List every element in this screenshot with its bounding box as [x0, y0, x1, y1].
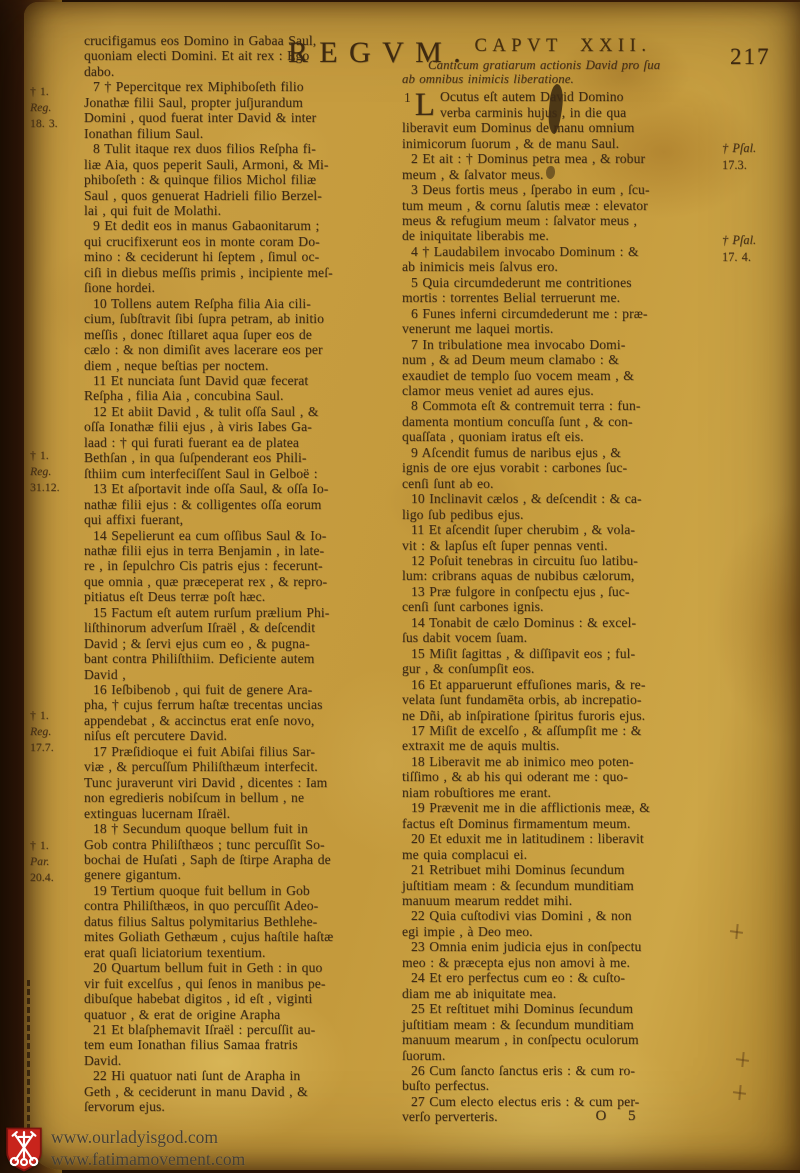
text-line: cenſi ſunt ab eo. — [402, 476, 724, 491]
text-line: que omnia , quæ præceperat rex , & repro… — [84, 574, 392, 589]
margin-note-line: 31.12. — [30, 480, 86, 496]
text-line: 13 Præ fulgore in conſpectu ejus , ſuc- — [402, 584, 724, 599]
verse-text: 1L Ocutus eſt autem David Dominoverba ca… — [402, 89, 724, 1124]
text-line: qui affixi fuerant, — [84, 512, 392, 527]
watermark-text: www.ourladyisgod.com www.fatimamovement.… — [51, 1127, 245, 1170]
margin-note-line: Reg. — [30, 724, 86, 740]
margin-note-line: † 1. — [30, 708, 86, 724]
text-line: 6 Funes inferni circumdederunt me : præ- — [402, 306, 724, 321]
text-line: 23 Omnia enim judicia ejus in conſpectu — [402, 939, 724, 954]
margin-note-line: † Pſal. — [722, 232, 794, 249]
text-line: erat quaſi liciatorium texentium. — [84, 945, 392, 960]
margin-note-line: 20.4. — [30, 870, 86, 886]
text-line: gur , & conſumpſit eos. — [402, 661, 724, 676]
text-line: 19 Tertium quoque fuit bellum in Gob — [84, 883, 392, 898]
pencil-cross-mark — [730, 924, 743, 939]
text-line: ne Dñi, ab inſpiratione ſpiritus furoris… — [402, 708, 724, 723]
text-line: 20 Quartum bellum fuit in Geth : in quo — [84, 960, 392, 975]
text-line: 24 Et ero perfectus cum eo : & cuſto- — [402, 970, 724, 985]
text-line: quoniam electi Domini. Et ait rex : Ego — [84, 48, 392, 63]
text-line: pha, † cujus ferrum haſtæ trecentas unci… — [84, 697, 392, 712]
text-line: Geth , & ceciderunt in manu David , & — [84, 1084, 392, 1099]
right-column: CAPVT XXII. Canticum gratiarum actionis … — [402, 36, 724, 1125]
page-number: 217 — [730, 44, 771, 70]
text-line: liſthinorum adverſum Iſraël , & deſcendi… — [84, 620, 392, 635]
text-line: de iniquitate liberabis me. — [402, 228, 724, 243]
margin-note-psal-17-4: † Pſal.17. 4. — [722, 232, 794, 266]
text-line: 25 Et reſtituet mihi Dominus ſecundum — [402, 1001, 724, 1016]
text-line: contra Philiſthæos, in quo percuſſit Ade… — [84, 898, 392, 913]
text-line: nathæ filii ejus in terra Benjamin , in … — [84, 543, 392, 558]
text-line: Jonathæ filii Saul, propter juſjurandum — [84, 95, 392, 110]
chapter-heading: CAPVT XXII. — [402, 36, 724, 57]
text-line: David , — [84, 667, 392, 682]
text-line: 2 Et ait : † Dominus petra mea , & robur — [402, 151, 724, 166]
text-line: meus & refugium meum : ſalvator meus , — [402, 213, 724, 228]
margin-note-line: † 1. — [30, 448, 86, 464]
text-line: 18 † Secundum quoque bellum fuit in — [84, 821, 392, 836]
margin-note-line: 18. 3. — [30, 116, 86, 132]
text-line: 14 Tonabit de cælo Dominus : & excel- — [402, 615, 724, 630]
text-line: Domini , quod fuerat inter David & inter — [84, 110, 392, 125]
margin-note-line: 17. 4. — [722, 249, 794, 266]
text-line: ligo ſub pedibus ejus. — [402, 507, 724, 522]
page-content: REGVM. 217 crucifigamus eos Domino in Ga… — [0, 0, 800, 1173]
text-line: 22 Hi quatuor nati ſunt de Arapha in — [84, 1068, 392, 1083]
margin-note-line: † 1. — [30, 84, 86, 100]
text-line: inimicorum ſuorum , & de manu Saul. — [402, 136, 724, 151]
text-line: 4 † Laudabilem invocabo Dominum : & — [402, 244, 724, 259]
text-line: egi impie , à Deo meo. — [402, 924, 724, 939]
margin-note-psal-17-3: † Pſal.17.3. — [722, 140, 794, 174]
text-line: diam me ab iniquitate mea. — [402, 986, 724, 1001]
text-line: liberavit eum Dominus de manu omnium — [402, 120, 724, 135]
text-line: ignis de ore ejus vorabit : carbones ſuc… — [402, 460, 724, 475]
chapter-argument: Canticum gratiarum actionis David pro ſu… — [402, 58, 724, 86]
text-line: damenta montium concuſſa ſunt , & con- — [402, 414, 724, 429]
text-line: 21 Retribuet mihi Dominus ſecundum — [402, 862, 724, 877]
argument-line: Canticum gratiarum actionis David pro ſu… — [402, 58, 724, 72]
text-line: datus filius Saltus polymitarius Bethleh… — [84, 914, 392, 929]
margin-note-line: 17.7. — [30, 740, 86, 756]
text-line: venerunt me laquei mortis. — [402, 321, 724, 336]
text-line: Tunc juraverunt viri David , dicentes : … — [84, 775, 392, 790]
text-line: 15 Miſit ſagittas , & diſſipavit eos ; f… — [402, 646, 724, 661]
text-line: dabo. — [84, 64, 392, 79]
text-line: 8 Commota eſt & contremuit terra : fun- — [402, 398, 724, 413]
text-line: meum , & ſalvator meus. — [402, 167, 724, 182]
text-line: extraxit me de aquis multis. — [402, 738, 724, 753]
watermark-shield-logo — [6, 1127, 42, 1173]
text-line: bochai de Huſati , Saph de ſtirpe Arapha… — [84, 852, 392, 867]
margin-note-line: Par. — [30, 854, 86, 870]
text-line: 7 † Pepercitque rex Miphiboſeth filio — [84, 79, 392, 94]
text-line: factus eſt Dominus firmamentum meum. — [402, 816, 724, 831]
text-line: ſuorum. — [402, 1048, 724, 1063]
text-line: 21 Et blaſphemavit Iſraël : percuſſit au… — [84, 1022, 392, 1037]
text-line: tiſſimo , & ab his qui oderant me : quo- — [402, 769, 724, 784]
text-line: ſervorum ejus. — [84, 1099, 392, 1114]
text-line: 5 Quia circumdederunt me contritiones — [402, 275, 724, 290]
text-line: re , in ſepulchro Cis patris ejus : fece… — [84, 558, 392, 573]
text-line: 10 Tollens autem Reſpha filia Aia cili- — [84, 296, 392, 311]
text-line: Reſpha , filia Aia , concubina Saul. — [84, 388, 392, 403]
text-line: ſione hordei. — [84, 280, 392, 295]
text-line: cium, ſubſtravit ſibi ſupra petram, ab i… — [84, 311, 392, 326]
text-line: Gob contra Philiſthæos ; tunc percuſſit … — [84, 837, 392, 852]
text-line: 27 Cum electo electus eris : & cum per- — [402, 1094, 724, 1109]
text-line: genere gigantum. — [84, 867, 392, 882]
text-line: 20 Et eduxit me in latitudinem : liberav… — [402, 831, 724, 846]
text-line: cenſi ſunt carbones ignis. — [402, 599, 724, 614]
margin-note-line: Reg. — [30, 100, 86, 116]
text-line: 9 Aſcendit fumus de naribus ejus , & — [402, 445, 724, 460]
text-line: ciſi in diebus meſſis primis , incipient… — [84, 265, 392, 280]
text-line: 12 Et abiit David , & tulit oſſa Saul , … — [84, 404, 392, 419]
dropcap-letter-L: L — [415, 87, 435, 123]
text-line: exaudiet de templo ſuo vocem meam , & — [402, 368, 724, 383]
text-line: buſto perfectus. — [402, 1078, 724, 1093]
watermark-url-2: www.fatimamovement.com — [51, 1149, 245, 1171]
text-line: 16 Et apparuerunt effuſiones maris, & re… — [402, 677, 724, 692]
text-line: nathæ filii ejus : & colligentes oſſa eo… — [84, 497, 392, 512]
margin-note-par-20-4: † 1.Par.20.4. — [30, 838, 86, 886]
text-line: 7 In tribulatione mea invocabo Domi- — [402, 337, 724, 352]
argument-line: ab omnibus inimicis liberatione. — [402, 72, 724, 86]
text-line: diem , neque beſtias per noctem. — [84, 358, 392, 373]
margin-note-line: † Pſal. — [722, 140, 794, 157]
text-line: manuum mearum reddet mihi. — [402, 893, 724, 908]
text-line: appendebat , & accinctus erat enſe novo, — [84, 713, 392, 728]
text-line: non egredieris nobiſcum in bellum , ne — [84, 790, 392, 805]
text-line: mortis : torrentes Belial terruerunt me. — [402, 290, 724, 305]
text-line: 17 Miſit de excelſo , & aſſumpſit me : & — [402, 723, 724, 738]
text-line: liæ Aia, quos peperit Sauli, Armoni, & M… — [84, 157, 392, 172]
text-line: 16 Ieſbibenob , qui fuit de genere Ara- — [84, 682, 392, 697]
text-line: niam robuſtiores me erant. — [402, 785, 724, 800]
text-line: 15 Factum eſt autem rurſum prælium Phi- — [84, 605, 392, 620]
text-line: meo : & præcepta ejus non amovi à me. — [402, 955, 724, 970]
text-line: 9 Et dedit eos in manus Gabaonitarum ; — [84, 218, 392, 233]
text-line: laad : † qui furati fuerant ea de platea — [84, 435, 392, 450]
margin-note-line: 17.3. — [722, 157, 794, 174]
text-line: 11 Et aſcendit ſuper cherubim , & vola- — [402, 522, 724, 537]
margin-note-reg-17-7: † 1.Reg.17.7. — [30, 708, 86, 756]
margin-note-line: † 1. — [30, 838, 86, 854]
text-line: meſſis , donec ſtillaret aqua ſuper eos … — [84, 327, 392, 342]
book-photo: REGVM. 217 crucifigamus eos Domino in Ga… — [0, 0, 800, 1173]
text-line: 19 Prævenit me in die afflictionis meæ, … — [402, 800, 724, 815]
text-line: 18 Liberavit me ab inimico meo poten- — [402, 754, 724, 769]
pencil-cross-mark — [733, 1085, 746, 1100]
text-line: 26 Cum ſancto ſanctus eris : & cum ro- — [402, 1063, 724, 1078]
text-line: 22 Quia cuſtodivi vias Domini , & non — [402, 908, 724, 923]
text-line: lai , qui fuit de Molathi. — [84, 203, 392, 218]
text-line: crucifigamus eos Domino in Gabaa Saul, — [84, 33, 392, 48]
verse-1-initial: 1L — [404, 90, 435, 119]
watermark: www.ourladyisgod.com www.fatimamovement.… — [6, 1127, 245, 1173]
text-line: extinguas lucernam Iſraël. — [84, 806, 392, 821]
text-line: phiboſeth : & quinque filios Michol fili… — [84, 172, 392, 187]
text-line: me quia complacui ei. — [402, 847, 724, 862]
text-line: 13 Et aſportavit inde oſſa Saul, & oſſa … — [84, 481, 392, 496]
verse-lines: 2 Et ait : † Dominus petra mea , & robur… — [402, 151, 724, 1125]
text-line: 10 Inclinavit cælos , & deſcendit : & ca… — [402, 491, 724, 506]
text-line: 3 Deus fortis meus , ſperabo in eum , ſc… — [402, 182, 724, 197]
text-line: tem eum Ionathan filius Samaa fratris — [84, 1037, 392, 1052]
text-line: ab inimicis meis ſalvus ero. — [402, 259, 724, 274]
text-line: Saul , quos genuerat Hadrieli filio Berz… — [84, 188, 392, 203]
text-line: Ionathan filium Saul. — [84, 126, 392, 141]
text-line: dibuſque habebat digitos , id eſt , vigi… — [84, 991, 392, 1006]
text-line: qui crucifixerunt eos in monte coram Do- — [84, 234, 392, 249]
margin-note-reg-18-3: † 1.Reg.18. 3. — [30, 84, 86, 132]
catchword-signature: O 5 — [560, 1108, 680, 1125]
text-line: verba carminis hujus , in die qua — [402, 105, 724, 120]
text-line: 12 Poſuit tenebras in circuitu ſuo latib… — [402, 553, 724, 568]
margin-note-reg-31-12: † 1.Reg.31.12. — [30, 448, 86, 496]
watermark-url-1: www.ourladyisgod.com — [51, 1127, 245, 1149]
margin-note-line: Reg. — [30, 464, 86, 480]
text-line: lum: cribrans aquas de nubibus cælorum, — [402, 568, 724, 583]
text-line: viæ , & percuſſum Philiſthæum interfecit… — [84, 759, 392, 774]
text-line: bant contra Philiſthiim. Deficiente aute… — [84, 651, 392, 666]
text-line: quatuor , & erat de origine Arapha — [84, 1007, 392, 1022]
text-line: Bethſan , in qua ſuſpenderant eos Phili- — [84, 450, 392, 465]
text-line: juſtitiam meam : & ſecundum munditiam — [402, 1017, 724, 1032]
left-column: crucifigamus eos Domino in Gabaa Saul,qu… — [84, 33, 392, 1115]
pencil-cross-mark — [736, 1052, 749, 1067]
text-line: cælo : & non dimiſit aves lacerare eos p… — [84, 342, 392, 357]
text-line: 17 Præſidioque ei fuit Abiſai filius Sar… — [84, 744, 392, 759]
text-line: juſtitiam meam : & ſecundum munditiam — [402, 878, 724, 893]
text-line: vit : & lapſus eſt ſuper pennas venti. — [402, 538, 724, 553]
text-line: David ; & ſervi ejus cum eo , & pugna- — [84, 636, 392, 651]
text-line: mino : & ceciderunt hi ſeptem , ſimul oc… — [84, 249, 392, 264]
text-line: clamor meus veniet ad aures ejus. — [402, 383, 724, 398]
text-line: num , & ad Deum meum clamabo : & — [402, 352, 724, 367]
text-line: pitiatus eſt Deus terræ poſt hæc. — [84, 589, 392, 604]
text-line: velata ſunt fundamēta orbis, ab increpat… — [402, 692, 724, 707]
text-line: 11 Et nunciata ſunt David quæ fecerat — [84, 373, 392, 388]
text-line: manuum mearum , in conſpectu oculorum — [402, 1032, 724, 1047]
text-line: oſſa Ionathæ filii ejus , à viris Iabes … — [84, 419, 392, 434]
text-line: ſus dabit vocem ſuam. — [402, 630, 724, 645]
text-line: niſus eſt percutere David. — [84, 728, 392, 743]
text-line: tum meum , & cornu ſalutis meæ : elevato… — [402, 198, 724, 213]
text-line: 14 Sepelierunt ea cum oſſibus Saul & Io- — [84, 528, 392, 543]
verse-1-lines: Ocutus eſt autem David Dominoverba carmi… — [402, 89, 724, 151]
text-line: 8 Tulit itaque rex duos filios Reſpha fi… — [84, 141, 392, 156]
text-line: mites Goliath Gethæum , cujus haſtile ha… — [84, 929, 392, 944]
text-line: vir fuit excelſus , qui ſenos in manibus… — [84, 976, 392, 991]
text-line: quaſſata , quoniam iratus eſt eis. — [402, 429, 724, 444]
text-line: ſthiim cum interfeciſſent Saul in Gelboë… — [84, 466, 392, 481]
text-line: David. — [84, 1053, 392, 1068]
verse-1-number: 1 — [404, 90, 411, 105]
text-line: Ocutus eſt autem David Domino — [402, 89, 724, 104]
